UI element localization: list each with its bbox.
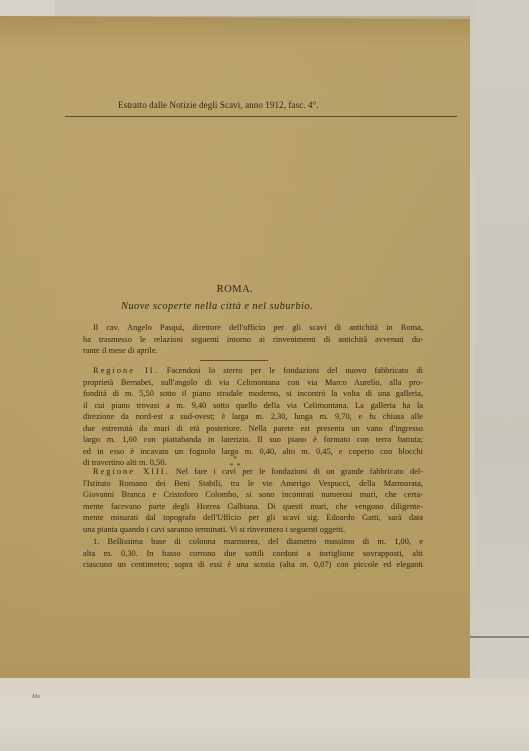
background-floor bbox=[0, 678, 529, 751]
paragraph-line: fondità di m. 5,50 sotto il piano strada… bbox=[83, 388, 423, 400]
paragraph-line: direzione da nord-est a sud-ovest; è lar… bbox=[83, 411, 423, 423]
paragraph-line: il cui piano trovasi a m. 9,40 sotto que… bbox=[83, 400, 423, 412]
intro-line: Il cav. Angelo Pasqui, direttore dell'uf… bbox=[83, 322, 423, 334]
paragraph-line: una pianta quando i cavi saranno termina… bbox=[83, 524, 423, 536]
paragraph-line: mente misurati dal topografo dell'Uffici… bbox=[83, 512, 423, 524]
regione-ii-paragraph: Regione II. Facendosi lo sterro per le f… bbox=[83, 365, 423, 469]
paragraph-line: Giovanni Branca e Cristoforo Colombo, si… bbox=[83, 489, 423, 501]
article-title: ROMA. bbox=[0, 284, 470, 295]
background-wall-right bbox=[475, 0, 529, 751]
paragraph-line: mente facevano parte degli Horrea Galbia… bbox=[83, 501, 423, 513]
section-rule bbox=[200, 360, 268, 361]
paragraph-line: Regione II. Facendosi lo sterro per le f… bbox=[83, 365, 423, 377]
paragraph-line: largo m. 1,60 con piattabanda in lateriz… bbox=[83, 434, 423, 446]
floor-edge bbox=[460, 636, 529, 638]
line-text: Nel fare i cavi per le fondazioni di un … bbox=[170, 467, 423, 476]
header-rule bbox=[65, 116, 457, 117]
intro-paragraph: Il cav. Angelo Pasqui, direttore dell'uf… bbox=[83, 322, 423, 357]
intro-line: rante il mese di aprile. bbox=[83, 345, 423, 357]
article-subtitle: Nuove scoperte nella città e nel suburbi… bbox=[121, 301, 313, 312]
section-heading: Regione XIII. bbox=[93, 467, 170, 476]
section-heading: Regione II. bbox=[93, 366, 159, 375]
line-text: Facendosi lo sterro per le fondazioni de… bbox=[159, 366, 423, 375]
paragraph-line: due estremità da muri di età posteriore.… bbox=[83, 423, 423, 435]
floor-pencil-mark: Ma bbox=[32, 694, 40, 700]
item-1-paragraph: 1. Bellissima base di colonna marmorea, … bbox=[83, 536, 423, 571]
paragraph-line: l'Istituto Romano dei Beni Stabili, tra … bbox=[83, 478, 423, 490]
paragraph-line: Regione XIII. Nel fare i cavi per le fon… bbox=[83, 466, 423, 478]
page-shading bbox=[0, 16, 470, 46]
regione-xiii-paragraph: Regione XIII. Nel fare i cavi per le fon… bbox=[83, 466, 423, 535]
paragraph-line: proprietà Bernabei, sull'angolo di via C… bbox=[83, 377, 423, 389]
paragraph-line: ciascuno un centimetro; sopra di essi è … bbox=[83, 559, 423, 571]
paragraph-line: 1. Bellissima base di colonna marmorea, … bbox=[83, 536, 423, 548]
offprint-header: Estratto dalle Notizie degli Scavi, anno… bbox=[118, 100, 319, 110]
paragraph-line: alta m. 0,30. In basso corrono due sotti… bbox=[83, 548, 423, 560]
intro-line: ha trasmesso le relazioni seguenti intor… bbox=[83, 334, 423, 346]
